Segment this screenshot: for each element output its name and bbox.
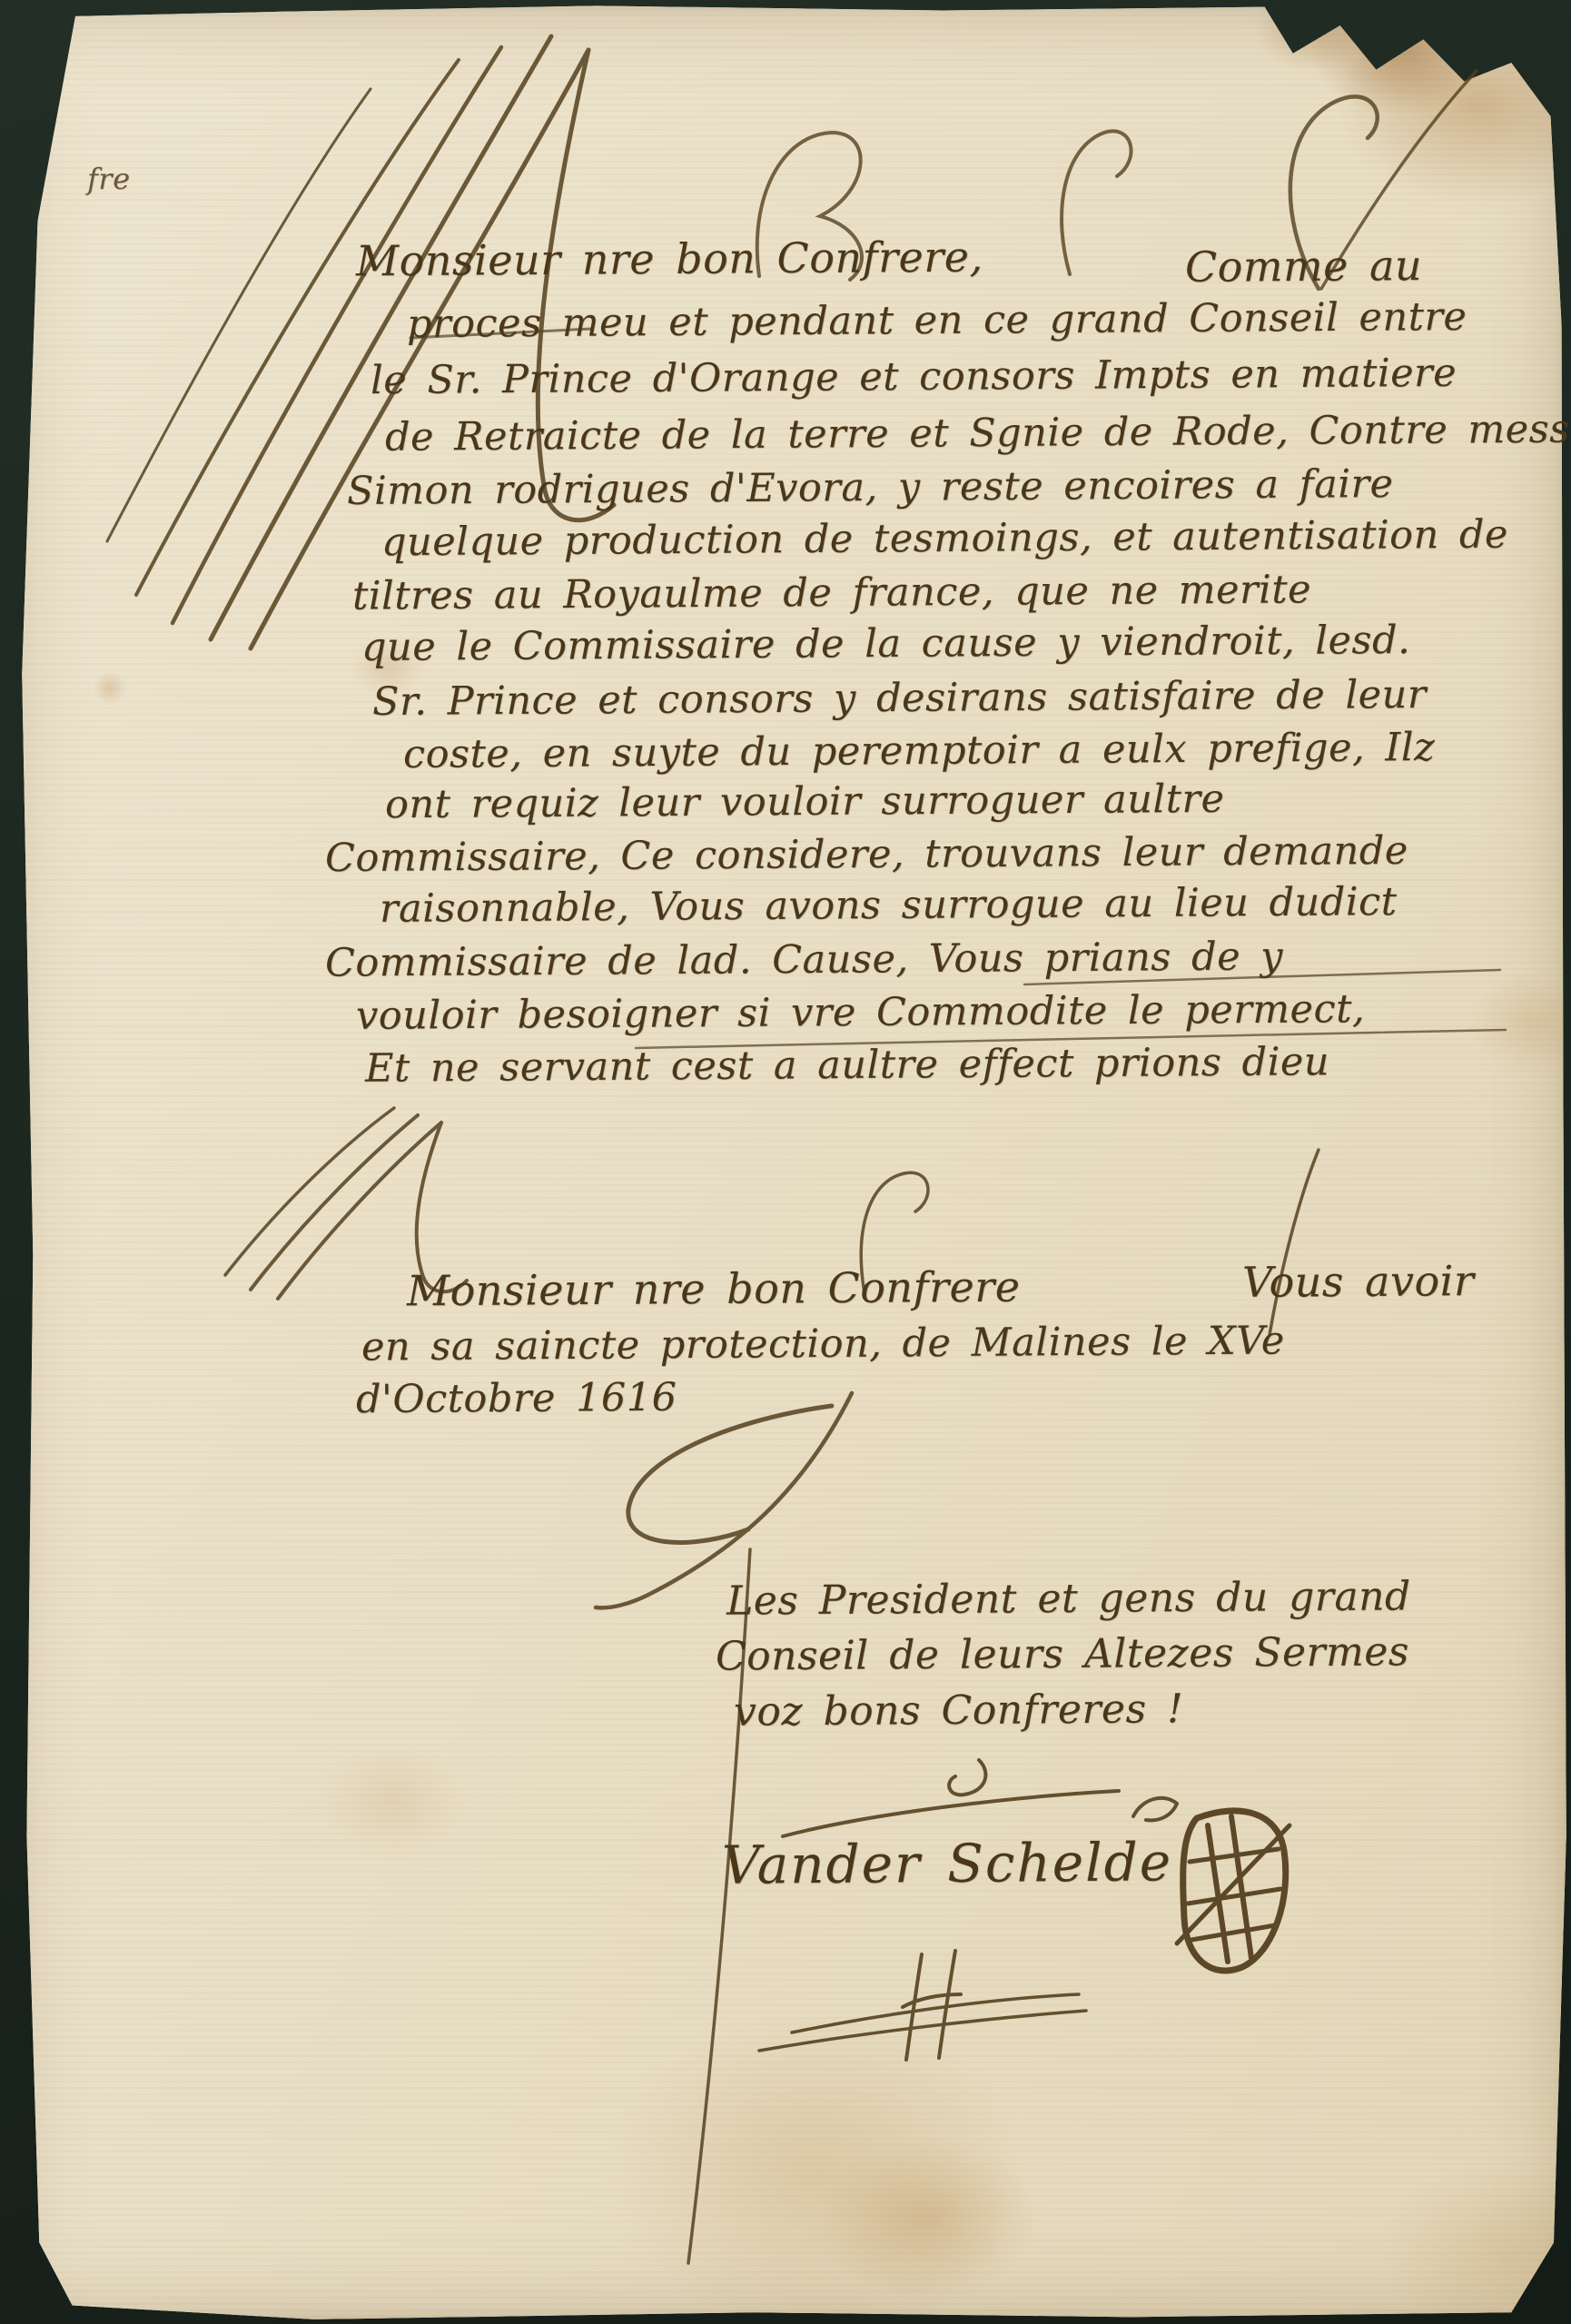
manuscript-line: que le Commissaire de la cause y viendro… <box>361 618 1411 670</box>
signature: Vander Schelde <box>722 1831 1172 1895</box>
manuscript-line: quelque production de tesmoings, et aute… <box>381 512 1508 566</box>
subscription-line: voz bons Confreres ! <box>734 1686 1184 1735</box>
subscription-line: Conseil de leurs Altezes Sermes <box>716 1628 1409 1679</box>
paper-sheet <box>0 0 1571 2324</box>
manuscript-line: raisonnable, Vous avons surrogue au lieu… <box>380 879 1398 932</box>
manuscript-line: de Retraicte de la terre et Sgnie de Rod… <box>385 406 1571 460</box>
manuscript-line: coste, en suyte du peremptoir a eulx pre… <box>403 725 1436 777</box>
salutation: Monsieur nre bon Confrere, <box>356 232 983 286</box>
closing-salutation: Monsieur nre bon Confrere <box>407 1262 1021 1316</box>
manuscript-line: tiltres au Royaulme de france, que ne me… <box>352 567 1311 618</box>
closing-date: d'Octobre 1616 <box>356 1375 677 1422</box>
document-scan: fre Monsieur nre bon Confrere, Comme au … <box>0 0 1571 2324</box>
salutation-continuation: Comme au <box>1185 241 1422 292</box>
manuscript-line: Simon rodrigues d'Evora, y reste encoire… <box>347 461 1394 514</box>
margin-note: fre <box>87 162 131 196</box>
manuscript-line: Commissaire de lad. Cause, Vous prians d… <box>325 934 1283 985</box>
manuscript-line: vouloir besoigner si vre Commodite le pe… <box>356 986 1365 1039</box>
manuscript-line: Commissaire, Ce considere, trouvans leur… <box>325 828 1408 881</box>
subscription-line: Les President et gens du grand <box>726 1573 1411 1624</box>
manuscript-line: Sr. Prince et consors y desirans satisfa… <box>372 672 1427 725</box>
manuscript-line: Et ne servant cest a aultre effect prion… <box>365 1039 1329 1091</box>
closing-dateline: en sa saincte protection, de Malines le … <box>361 1318 1285 1370</box>
manuscript-line: proces meu et pendant en ce grand Consei… <box>407 294 1467 347</box>
closing-right-fragment: Vous avoir <box>1242 1256 1475 1307</box>
manuscript-line: le Sr. Prince d'Orange et consors Impts … <box>371 351 1457 403</box>
manuscript-line: ont requiz leur vouloir surroguer aultre <box>385 776 1225 827</box>
